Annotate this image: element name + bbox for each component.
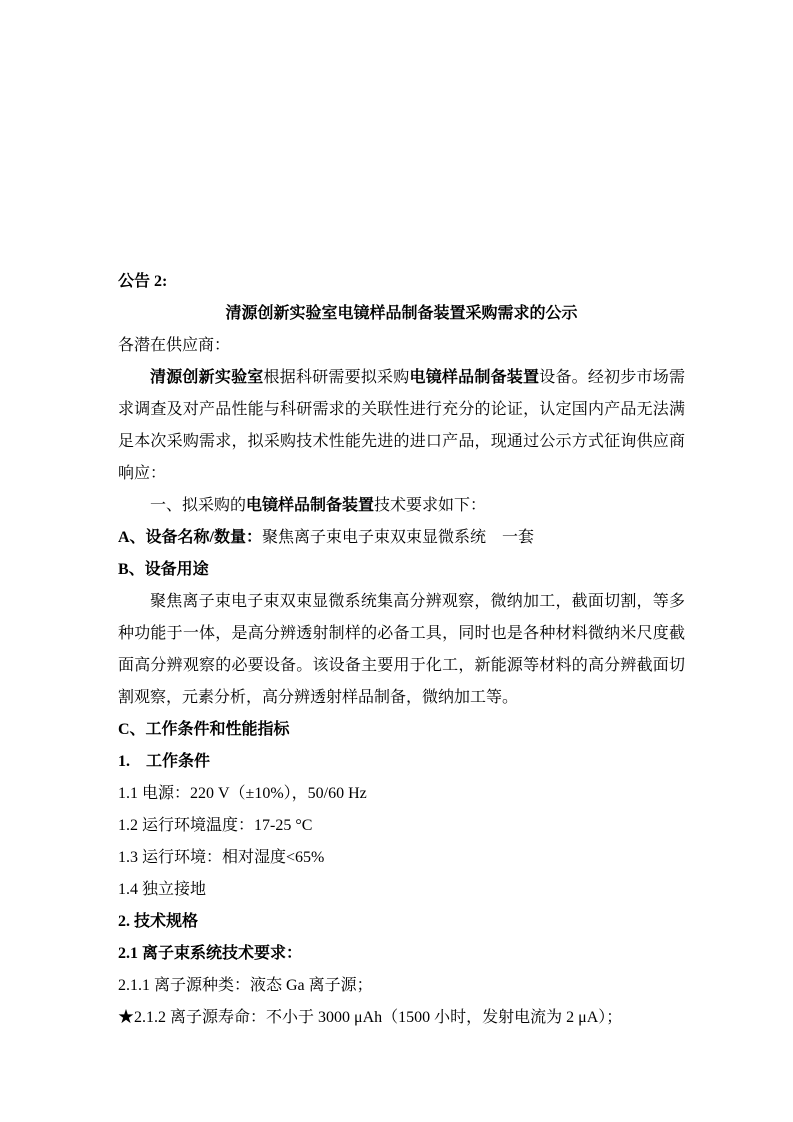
tech-specs-heading: 2. 技术规格 [118,906,685,938]
requirements-intro-prefix: 一、拟采购的 [150,497,246,514]
document-page: 公告 2: 清源创新实验室电镜样品制备装置采购需求的公示 各潜在供应商： 清源创… [0,0,793,1122]
intro-paragraph: 清源创新实验室根据科研需要拟采购电镜样品制备装置设备。经初步市场需求调查及对产品… [118,362,685,490]
ion-beam-heading: 2.1 离子束系统技术要求： [118,938,685,970]
working-condition-item: 1.4 独立接地 [118,874,685,906]
item-a-line: A、设备名称/数量：聚焦离子束电子束双束显微系统 一套 [118,522,685,554]
announcement-label: 公告 2: [118,266,685,298]
working-condition-item: 1.2 运行环境温度：17-25 °C [118,810,685,842]
document-content: 公告 2: 清源创新实验室电镜样品制备装置采购需求的公示 各潜在供应商： 清源创… [118,266,685,1034]
ion-beam-spec-item: 2.1.1 离子源种类：液态 Ga 离子源； [118,970,685,1002]
item-a-label: A、设备名称/数量： [118,529,262,546]
org-name: 清源创新实验室 [150,369,264,386]
working-condition-item: 1.1 电源：220 V（±10%），50/60 Hz [118,778,685,810]
item-b-heading: B、设备用途 [118,554,685,586]
device-name: 电镜样品制备装置 [246,497,374,514]
document-title: 清源创新实验室电镜样品制备装置采购需求的公示 [118,298,685,330]
intro-text-mid: 根据科研需要拟采购 [264,369,410,386]
item-c-heading: C、工作条件和性能指标 [118,714,685,746]
device-name: 电镜样品制备装置 [409,369,539,386]
item-a-value: 聚焦离子束电子束双束显微系统 一套 [262,529,534,546]
requirements-intro-line: 一、拟采购的电镜样品制备装置技术要求如下： [118,490,685,522]
salutation: 各潜在供应商： [118,330,685,362]
item-b-paragraph: 聚焦离子束电子束双束显微系统集高分辨观察，微纳加工，截面切割，等多种功能于一体，… [118,586,685,714]
ion-beam-spec-item: ★2.1.2 离子源寿命：不小于 3000 μAh（1500 小时，发射电流为 … [118,1002,685,1034]
requirements-intro-suffix: 技术要求如下： [374,497,486,514]
working-conditions-heading: 1. 工作条件 [118,746,685,778]
working-condition-item: 1.3 运行环境：相对湿度<65% [118,842,685,874]
